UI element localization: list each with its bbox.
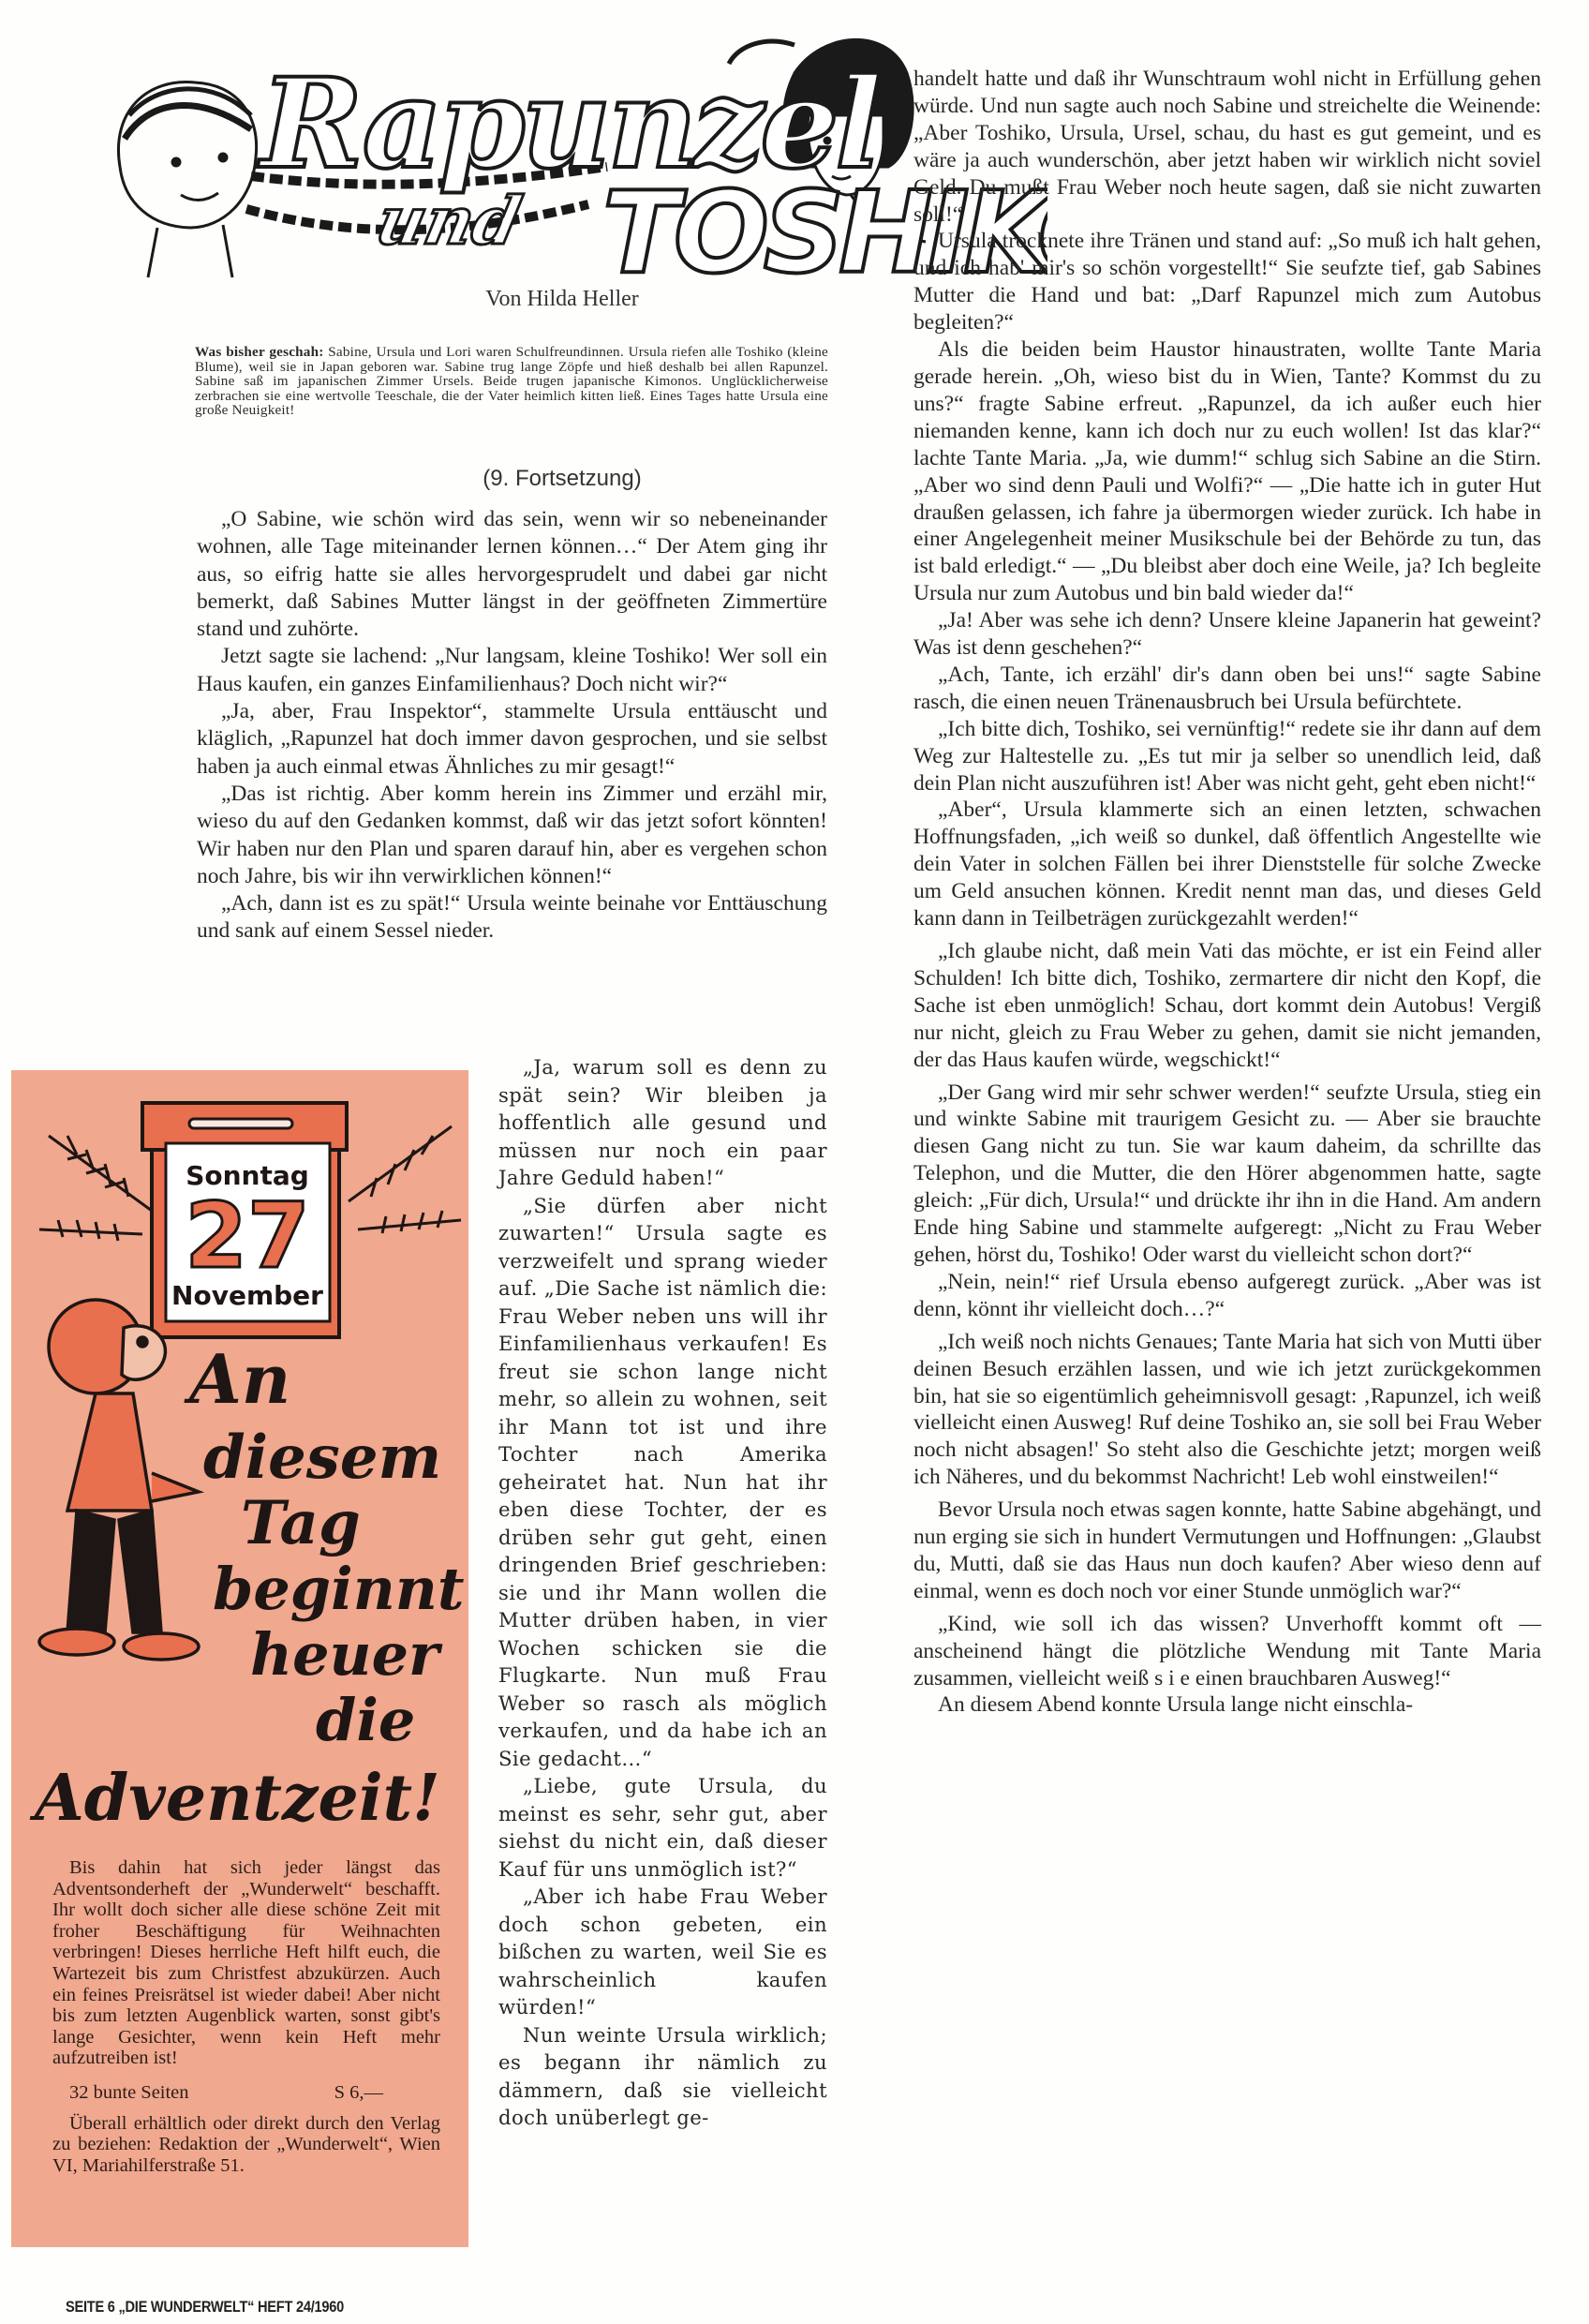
- ad-order-text: Überall erhältlich oder direkt durch den…: [52, 2113, 440, 2177]
- paragraph: „Ja, aber, Frau Inspektor“, stammelte Ur…: [197, 698, 827, 781]
- paragraph: „Kind, wie soll ich das wissen? Unverhof…: [913, 1611, 1541, 1692]
- ad-price: S 6,—: [334, 2082, 383, 2104]
- paragraph: „Der Gang wird mir sehr schwer werden!“ …: [913, 1080, 1541, 1269]
- paragraph: „Ja! Aber was sehe ich denn? Unsere klei…: [913, 607, 1541, 662]
- paragraph: „Sie dürfen aber nicht zuwarten!“ Ursula…: [498, 1192, 827, 1773]
- magazine-page: Rapunzel und TOSHIKO Von Hilda Heller Wa…: [0, 0, 1589, 2324]
- author-byline: Von Hilda Heller: [356, 287, 768, 312]
- ad-copy: Bis dahin hat sich jeder längst das Adve…: [52, 1857, 440, 2176]
- calendar-day: 27: [185, 1184, 310, 1289]
- paragraph: „Ich glaube nicht, daß mein Vati das möc…: [913, 938, 1541, 1074]
- story-summary: Was bisher geschah: Sabine, Ursula und L…: [195, 345, 828, 418]
- ad-headline-line: Adventzeit!: [29, 1761, 440, 1836]
- ad-headline-line: beginnt: [213, 1555, 465, 1623]
- ad-headline-line: An: [184, 1339, 290, 1419]
- paragraph: „Liebe, gute Ursula, du meinst es sehr, …: [498, 1772, 827, 1883]
- summary-label: Was bisher geschah:: [195, 344, 324, 360]
- ad-pages-label: 32 bunte Seiten: [69, 2082, 189, 2104]
- paragraph: „Aber ich habe Frau Weber doch schon geb…: [498, 1883, 827, 2021]
- calendar-month: November: [171, 1280, 323, 1311]
- paragraph: „Ja, warum soll es denn zu spät sein? Wi…: [498, 1053, 827, 1192]
- story-column-middle: „Ja, warum soll es denn zu spät sein? Wi…: [498, 1053, 827, 2132]
- ad-headline-line: heuer: [250, 1620, 443, 1689]
- paragraph: „Ach, Tante, ich erzähl' dir's dann oben…: [913, 662, 1541, 716]
- ad-headline-line: die: [316, 1686, 415, 1754]
- paragraph: An diesem Abend konnte Ursula lange nich…: [913, 1691, 1541, 1719]
- paragraph: Nun weinte Ursula wirklich; es begann ih…: [498, 2021, 827, 2132]
- ad-price-row: 32 bunte Seiten S 6,—: [69, 2082, 383, 2104]
- ad-headline-line: Tag: [241, 1488, 361, 1558]
- page-footer: SEITE 6 „DIE WUNDERWELT“ HEFT 24/1960: [66, 2298, 344, 2317]
- advent-issue-advertisement: Sonntag 27 November An diesem Tag beginn…: [11, 1070, 468, 2247]
- paragraph: „Ich weiß noch nichts Genaues; Tante Mar…: [913, 1329, 1541, 1491]
- paragraph: Bevor Ursula noch etwas sagen konnte, ha…: [913, 1497, 1541, 1605]
- paragraph: „Das ist richtig. Aber komm herein ins Z…: [197, 781, 827, 890]
- paragraph: Als die beiden beim Haustor hinaustraten…: [913, 336, 1541, 607]
- story-column-left: „O Sabine, wie schön wird das sein, wenn…: [197, 506, 827, 946]
- cartoon-boy-icon: [39, 1300, 199, 1660]
- advent-calendar-illustration: Sonntag 27 November An diesem Tag beginn…: [11, 1070, 468, 1857]
- paragraph: Jetzt sagte sie lachend: „Nur langsam, k…: [197, 643, 827, 698]
- ad-headline-line: diesem: [203, 1423, 441, 1493]
- paragraph: handelt hatte und daß ihr Wunschtraum wo…: [913, 66, 1541, 228]
- installment-label: (9. Fortsetzung): [356, 466, 768, 492]
- paragraph: „Ach, dann ist es zu spät!“ Ursula weint…: [197, 890, 827, 946]
- story-column-right: handelt hatte und daß ihr Wunschtraum wo…: [913, 66, 1541, 1719]
- ad-body: Bis dahin hat sich jeder längst das Adve…: [52, 1857, 440, 2069]
- paragraph: Ursula trocknete ihre Tränen und stand a…: [913, 228, 1541, 336]
- paragraph: „Aber“, Ursula klammerte sich an einen l…: [913, 797, 1541, 932]
- title-illustration: Rapunzel und TOSHIKO: [82, 26, 1047, 279]
- ad-order-info: Überall erhältlich oder direkt durch den…: [52, 2113, 440, 2177]
- paragraph: „O Sabine, wie schön wird das sein, wenn…: [197, 506, 827, 643]
- paragraph: „Ich bitte dich, Toshiko, sei vernünftig…: [913, 716, 1541, 797]
- title-und: und: [370, 183, 527, 260]
- paragraph: „Nein, nein!“ rief Ursula ebenso aufgere…: [913, 1269, 1541, 1323]
